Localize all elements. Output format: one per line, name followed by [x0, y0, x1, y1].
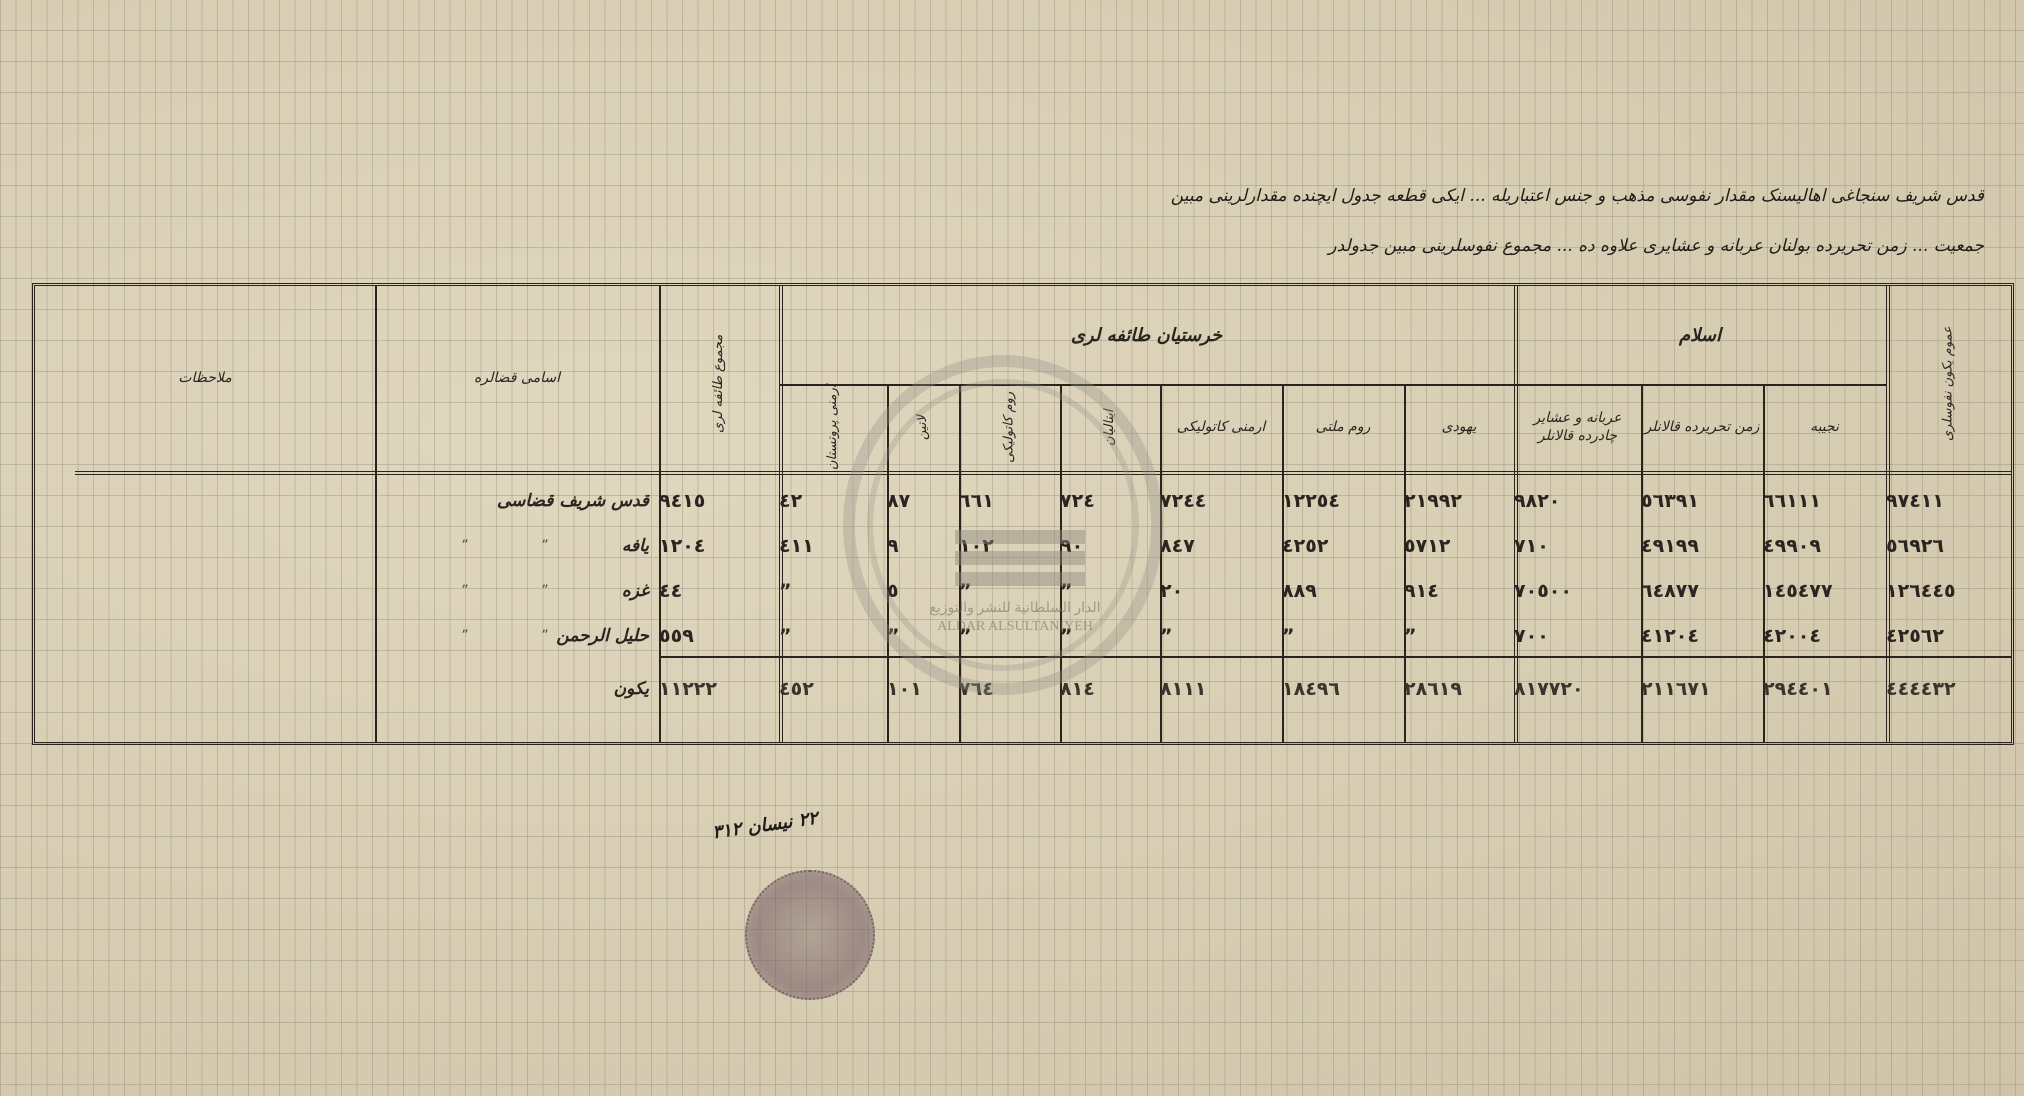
total-cell: ٨١١١ [1160, 666, 1282, 711]
total-label: یکون [375, 666, 659, 711]
total-cell: ٢٨٦١٩ [1404, 666, 1514, 711]
table-cell: ٨٧ [887, 481, 959, 521]
ditto-mark: ” [455, 526, 475, 566]
table-cell: ٥٧١٢ [1404, 526, 1514, 566]
muslim-header: اسلام [1514, 286, 1886, 384]
total-cell: ١٨٤٩٦ [1282, 666, 1404, 711]
total-cell: ٤٥٢ [779, 666, 887, 711]
table-cell: ٤٤ [659, 571, 779, 611]
table-cell: ٩٤١٥ [659, 481, 779, 521]
ditto-mark: ” [455, 616, 475, 656]
table-cell: ٨٤٧ [1160, 526, 1282, 566]
col-header-najiba: نجیبه [1763, 384, 1886, 471]
table-cell: ٥٦٩٢٦ [1886, 526, 2011, 566]
table-cell: ” [1282, 616, 1404, 656]
table-cell: ٧٢٤٤ [1160, 481, 1282, 521]
table-cell: ” [779, 571, 887, 611]
col-header-jewish: یهودی [1404, 384, 1514, 471]
table-cell: ٤٢ [779, 481, 887, 521]
table-cell: ” [1404, 616, 1514, 656]
table-cell: ٤٢٥٢ [1282, 526, 1404, 566]
population-table: ملاحظات اسامی قضالره مجموع طائفه لری خرس… [32, 283, 2014, 745]
col-header-latin: لاتین [887, 384, 959, 471]
table-cell: ٧١٠ [1514, 526, 1641, 566]
intro-text-line-2: جمعیت ... زمن تحریرده بولنان عربانه و عش… [1328, 236, 1984, 256]
table-cell: ٩ [887, 526, 959, 566]
table-cell: ٤١٢٠٤ [1641, 616, 1763, 656]
col-header-armenian-protestant: ارمنی پروتستان [779, 384, 887, 471]
total-cell: ٢١١٦٧١ [1641, 666, 1763, 711]
total-cell: ١٠١ [887, 666, 959, 711]
total-cell: ٤٤٤٤٣٢ [1886, 666, 2011, 711]
watermark-text: الدار السلطانية للنشر والتوزيع ALDAR ALS… [905, 600, 1125, 636]
table-cell: ٤٩٩٠٩ [1763, 526, 1886, 566]
kaza-name: غزه [375, 571, 659, 611]
col-header-at-registration: زمن تحریرده قالانلر [1641, 384, 1763, 471]
table-cell: ٥٦٣٩١ [1641, 481, 1763, 521]
ditto-mark: ” [535, 616, 555, 656]
table-cell: ١٢٦٤٤٥ [1886, 571, 2011, 611]
table-cell: ٨٨٩ [1282, 571, 1404, 611]
kaza-name: حلیل الرحمن [375, 616, 659, 656]
kaza-name: یافه [375, 526, 659, 566]
table-cell: ٩١٤ [1404, 571, 1514, 611]
table-cell: ٤٢٥٦٢ [1886, 616, 2011, 656]
col-header-armenian-catholic: ارمنی کاتولیکی [1160, 384, 1282, 471]
col-header-greek-orthodox: روم ملتی [1282, 384, 1404, 471]
grand-total-header: عموم یکون نفوسلری [1886, 296, 2011, 471]
table-cell: ٦٦١١١ [1763, 481, 1886, 521]
christian-communities-header: خرستیان طائفه لری [779, 286, 1514, 384]
ditto-mark: ” [535, 571, 555, 611]
table-cell: ٧٠٥٠٠ [1514, 571, 1641, 611]
col-header-greek-catholic: روم کاتولیکی [959, 384, 1060, 471]
ditto-mark: ” [455, 571, 475, 611]
total-cell: ١١٢٢٢ [659, 666, 779, 711]
total-cell: ٧٦٤ [959, 666, 1060, 711]
kaza-names-header: اسامی قضالره [375, 286, 659, 471]
table-cell: ٤١١ [779, 526, 887, 566]
table-cell: ٦٦١ [959, 481, 1060, 521]
table-cell: ٩٧٤١١ [1886, 481, 2011, 521]
table-cell: ٩٠ [1060, 526, 1160, 566]
non-muslim-total-header: مجموع طائفه لری [659, 296, 779, 471]
table-cell: ٤٩١٩٩ [1641, 526, 1763, 566]
official-seal-icon [745, 870, 875, 1000]
table-cell: ” [1160, 616, 1282, 656]
ditto-mark: ” [535, 526, 555, 566]
table-cell: ٥٥٩ [659, 616, 779, 656]
total-cell: ٨١٧٧٢٠ [1514, 666, 1641, 711]
total-cell: ٨١٤ [1060, 666, 1160, 711]
remarks-header: ملاحظات [35, 286, 375, 471]
table-cell: ١٢٢٥٤ [1282, 481, 1404, 521]
table-cell: ١٢٠٤ [659, 526, 779, 566]
table-cell: ٢٠ [1160, 571, 1282, 611]
table-cell: ٩٨٢٠ [1514, 481, 1641, 521]
table-cell: ١٤٥٤٧٧ [1763, 571, 1886, 611]
kaza-name: قدس شریف قضاسی [375, 481, 659, 521]
col-header-italian: ایتالیان [1060, 384, 1160, 471]
intro-text-line-1: قدس شریف سنجاغی اهالیسنک مقدار نفوسی مذه… [1171, 186, 1984, 206]
col-header-nomads-tents: عربانه و عشایر چادرده قالانلر [1514, 384, 1641, 471]
table-cell: ٧٢٤ [1060, 481, 1160, 521]
table-cell: ٧٠٠ [1514, 616, 1641, 656]
table-cell: ٢١٩٩٢ [1404, 481, 1514, 521]
signature-date: ٢٢ نیسان ٣١٢ [711, 808, 819, 844]
table-cell: ٤٢٠٠٤ [1763, 616, 1886, 656]
total-cell: ٢٩٤٤٠١ [1763, 666, 1886, 711]
table-cell: ٦٤٨٧٧ [1641, 571, 1763, 611]
table-cell: ١٠٢ [959, 526, 1060, 566]
table-cell: ” [779, 616, 887, 656]
